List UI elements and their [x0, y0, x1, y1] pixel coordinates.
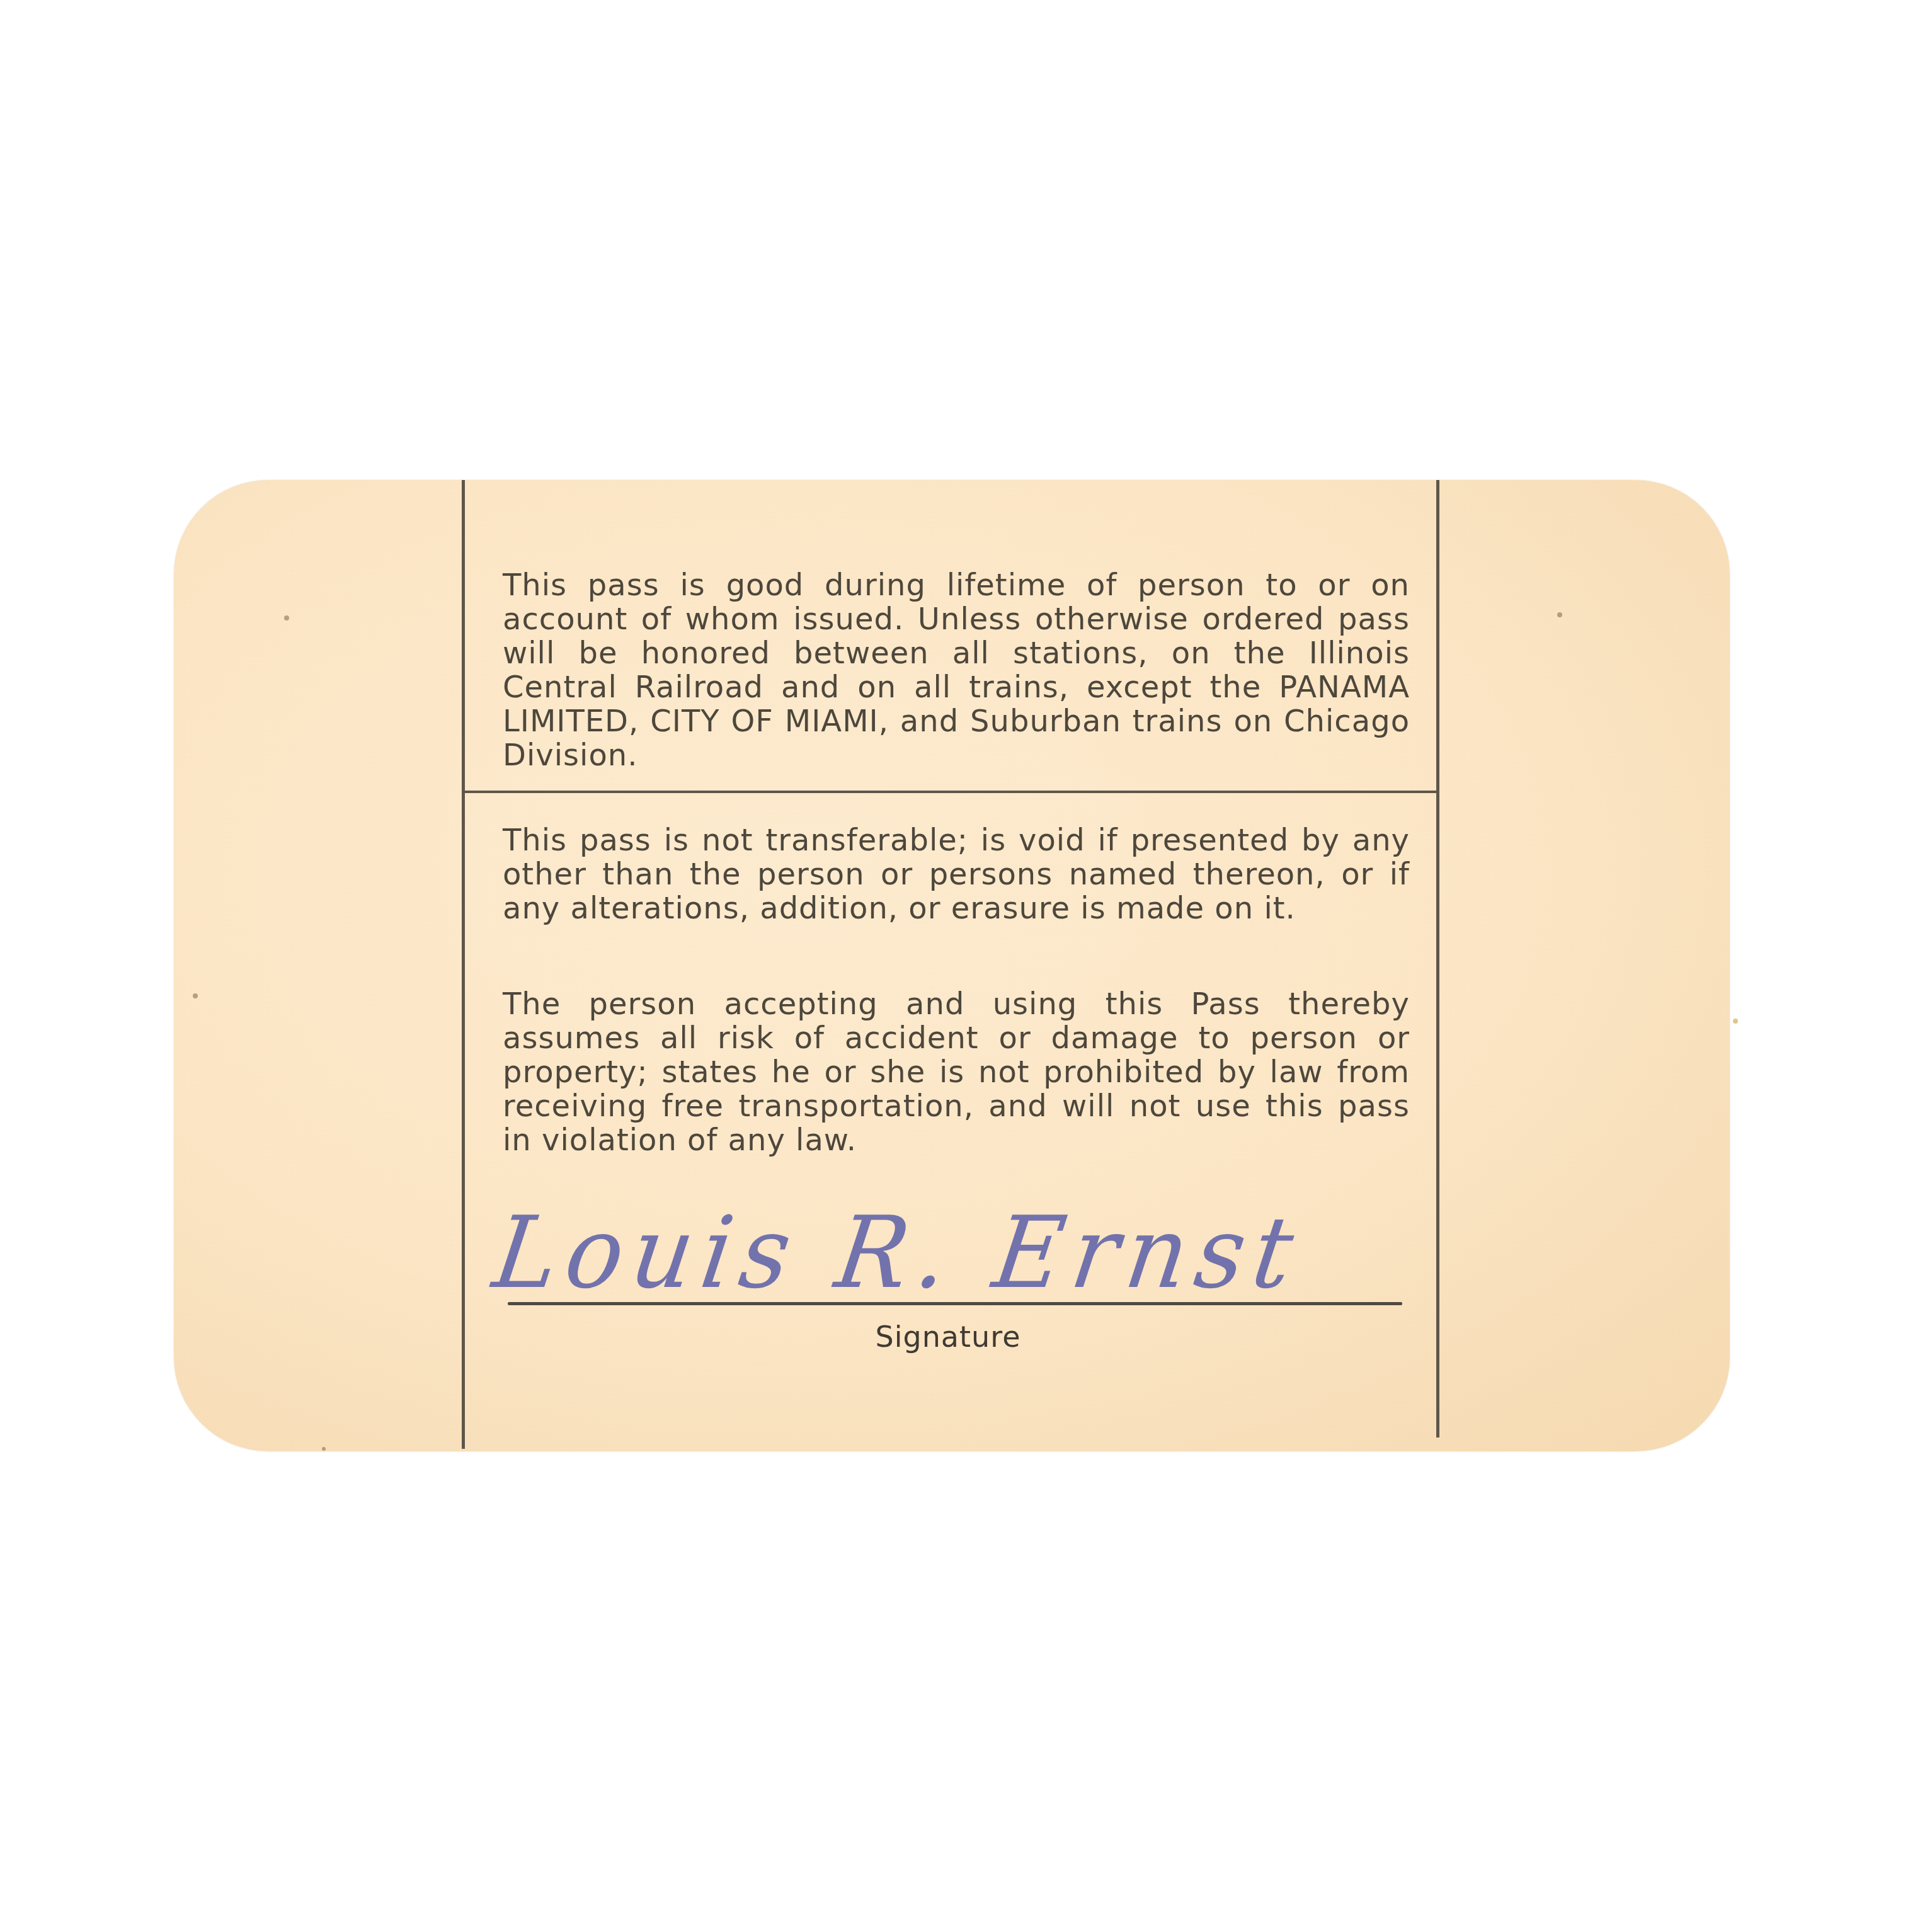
handwritten-signature: Louis R. Ernst: [495, 1198, 1314, 1318]
paper-speck: [1557, 612, 1562, 617]
liability-paragraph: The person accepting and using this Pass…: [503, 987, 1410, 1157]
paper-speck: [322, 1447, 326, 1451]
signature-ink: Louis R. Ernst: [487, 1196, 1308, 1311]
right-border-line: [1436, 480, 1439, 1438]
railroad-pass-card: This pass is good during lifetime of per…: [174, 480, 1730, 1451]
validity-terms-paragraph: This pass is good during lifetime of per…: [503, 568, 1410, 772]
paper-speck: [1733, 1019, 1738, 1024]
left-border-line: [462, 480, 465, 1449]
paper-speck: [284, 615, 289, 620]
section-divider: [465, 791, 1436, 793]
paper-speck: [193, 993, 198, 998]
signature-label: Signature: [174, 1320, 1731, 1354]
transferability-paragraph: This pass is not transferable; is void i…: [503, 823, 1410, 925]
signature-label-text: Signature: [876, 1320, 1021, 1354]
signature-line: [508, 1302, 1402, 1305]
